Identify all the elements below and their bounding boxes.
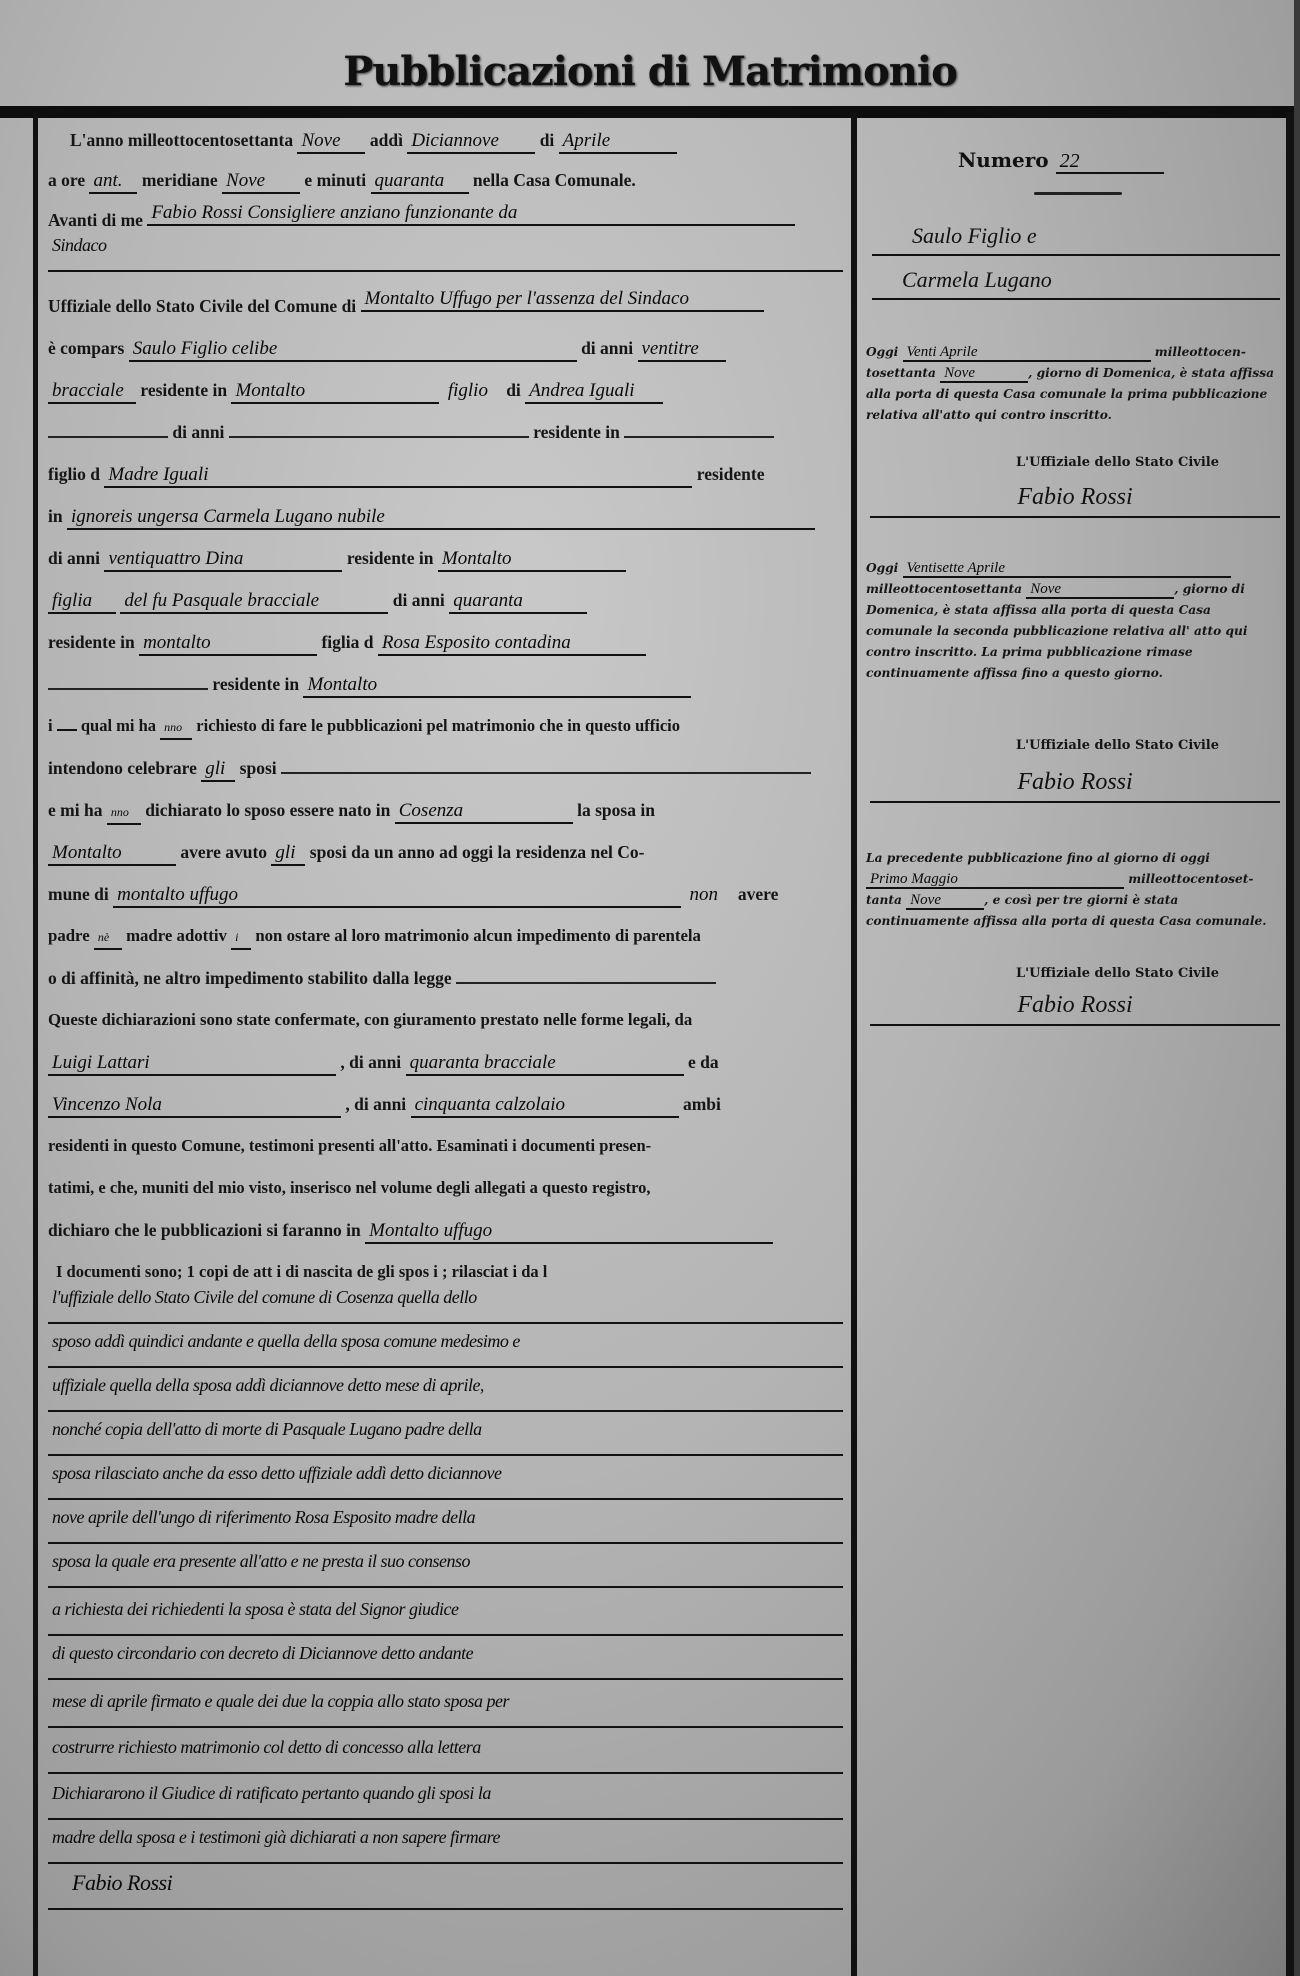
blank-field	[229, 418, 529, 438]
printed-text: i	[48, 716, 53, 735]
handwritten-date: Ventisette Aprile	[903, 560, 1231, 578]
handwritten-text: mese di aprile firmato e quale dei due l…	[48, 1684, 846, 1718]
act-line: L'anno milleottocentosettanta Nove addì …	[70, 120, 865, 160]
handwritten-text: l'uffiziale dello Stato Civile del comun…	[48, 1280, 846, 1314]
handwritten-year: Nove	[1026, 581, 1174, 599]
printed-text: residente	[697, 464, 765, 484]
handwritten-text: costrurre richiesto matrimonio col detto…	[48, 1730, 846, 1764]
handwritten-line: nove aprile dell'ungo di riferimento Ros…	[48, 1500, 843, 1544]
handwritten-text: sposa rilasciato anche da esso detto uff…	[48, 1456, 846, 1490]
handwritten-year: Nove	[297, 130, 365, 154]
printed-text: tatimi, e che, muniti del mio visto, ins…	[48, 1178, 651, 1197]
handwritten-residence: montalto	[139, 632, 317, 656]
printed-text: sposi	[240, 758, 277, 778]
printed-text: da un anno ad oggi la residenza nel Co-	[351, 842, 644, 862]
act-line: dichiaro che le pubblicazioni si faranno…	[48, 1210, 843, 1250]
blank-field	[624, 418, 774, 438]
printed-text: residente in	[48, 632, 135, 652]
handwritten-bride-father: del fu Pasquale bracciale	[120, 590, 388, 614]
right-border-rule	[1286, 112, 1294, 1976]
handwritten-residence: Montalto	[303, 674, 691, 698]
printed-text: La precedente pubblicazione fino al gior…	[866, 851, 1210, 865]
handwritten-text: Sindaco	[48, 228, 846, 262]
act-line: residente in Montalto	[48, 664, 843, 704]
printed-text: richiesto di fare le pubblicazioni pel m…	[196, 716, 680, 735]
printed-text: figlio d	[48, 464, 100, 484]
blank-field	[281, 754, 811, 774]
handwritten-mother: Madre Iguali	[104, 464, 692, 488]
handwritten-text: madre della sposa e i testimoni già dich…	[48, 1820, 846, 1854]
printed-text: residente in	[533, 422, 620, 442]
column-divider	[851, 112, 857, 1976]
handwritten-hour: Nove	[222, 170, 300, 194]
act-line: di anni ventiquattro Dina residente in M…	[48, 538, 843, 578]
handwritten-line: sposo addì quindici andante e quella del…	[48, 1324, 843, 1368]
signature-line: Fabio Rossi	[48, 1866, 843, 1910]
printed-text: figlia d	[321, 632, 373, 652]
printed-text: milleottocentosettanta	[866, 582, 1022, 596]
handwritten-comune: montalto uffugo	[113, 884, 681, 908]
handwritten-line: uffiziale quella della sposa addì dician…	[48, 1368, 843, 1412]
act-line: di anni residente in	[48, 412, 843, 452]
handwritten-bride-age: ventiquattro Dina	[104, 548, 342, 572]
printed-text: sposi	[310, 842, 347, 862]
handwritten-publication-place: Montalto uffugo	[365, 1220, 773, 1244]
printed-text: I documenti sono; 1	[56, 1262, 195, 1281]
printed-text: e mi ha	[48, 800, 102, 820]
page-title: Pubblicazioni di Matrimonio	[0, 48, 1300, 95]
numero-label: Numero	[958, 148, 1049, 172]
handwritten-text: figlia	[48, 590, 116, 614]
printed-text: non ostare al loro matrimonio alcun impe…	[255, 926, 701, 945]
handwritten-text: gli	[271, 842, 305, 866]
closing-note: La precedente pubblicazione fino al gior…	[866, 848, 1280, 932]
act-line: bracciale residente in Montalto figlio d…	[48, 370, 843, 410]
register-page: Pubblicazioni di Matrimonio L'anno mille…	[0, 0, 1300, 1976]
handwritten-text: non	[686, 884, 734, 906]
printed-text: mi ha	[116, 716, 156, 735]
official-title: L'Uffiziale dello Stato Civile	[1016, 966, 1219, 981]
printed-text: tosettanta	[866, 366, 936, 380]
act-line: intendono celebrare gli sposi	[48, 748, 843, 788]
handwritten-text: a richiesta dei richiedenti la sposa è s…	[48, 1592, 846, 1626]
handwritten-witness-2-age: cinquanta calzolaio	[411, 1094, 679, 1118]
act-line: in ignoreis ungersa Carmela Lugano nubil…	[48, 496, 843, 536]
printed-text: di	[540, 130, 555, 150]
handwritten-text: nno	[160, 716, 192, 740]
official-signature: Fabio Rossi	[870, 478, 1280, 518]
handwritten-text: gli	[201, 758, 235, 782]
act-line: Vincenzo Nola , di anni cinquanta calzol…	[48, 1084, 843, 1124]
printed-text: Oggi	[866, 561, 898, 575]
handwritten-line: nonché copia dell'atto di morte di Pasqu…	[48, 1412, 843, 1456]
printed-text: copi	[199, 1262, 228, 1281]
handwritten-year: Nove	[940, 365, 1028, 383]
printed-text: avere avuto	[180, 842, 267, 862]
printed-text: addì	[370, 130, 403, 150]
handwritten-day: Diciannove	[407, 130, 535, 154]
printed-text: e minuti	[304, 170, 366, 190]
printed-text: la sposa in	[577, 800, 655, 820]
handwritten-occupation: bracciale	[48, 380, 136, 404]
printed-text: di anni	[393, 590, 445, 610]
act-line: è compars Saulo Figlio celibe di anni ve…	[48, 328, 843, 368]
printed-text: di	[506, 380, 521, 400]
handwritten-text: uffiziale quella della sposa addì dician…	[48, 1368, 846, 1402]
act-line: residenti in questo Comune, testimoni pr…	[48, 1126, 843, 1166]
handwritten-line: sposa la quale era presente all'atto e n…	[48, 1544, 843, 1588]
officiant-signature: Fabio Rossi	[48, 1866, 866, 1900]
handwritten-groom-age: ventitre	[638, 338, 726, 362]
printed-text: dichiarato lo sposo essere nato in	[145, 800, 390, 820]
printed-text: i di nascita de gli spos i ; rilasciat i…	[276, 1262, 547, 1281]
handwritten-text: di questo circondario con decreto di Dic…	[48, 1636, 846, 1670]
handwritten-text: nno	[107, 801, 141, 825]
handwritten-bride-residence: Montalto	[438, 548, 626, 572]
printed-text: , di anni	[345, 1094, 406, 1114]
act-line: o di affinità, ne altro impedimento stab…	[48, 958, 843, 998]
printed-text: Oggi	[866, 345, 898, 359]
act-line: Uffiziale dello Stato Civile del Comune …	[48, 286, 843, 326]
act-line: padre nè madre adottiv i non ostare al l…	[48, 916, 843, 956]
handwritten-groom-birthplace: Cosenza	[395, 800, 573, 824]
handwritten-line: Dichiararono il Giudice di ratificato pe…	[48, 1776, 843, 1820]
act-line: Luigi Lattari , di anni quaranta braccia…	[48, 1042, 843, 1082]
printed-text: o di affinità, ne altro impedimento stab…	[48, 968, 452, 988]
printed-text: residente in	[347, 548, 434, 568]
handwritten-witness-1-age: quaranta bracciale	[406, 1052, 684, 1076]
printed-text: milleottocen-	[1155, 345, 1246, 359]
printed-text: residente in	[212, 674, 299, 694]
act-line: Queste dichiarazioni sono state conferma…	[48, 1000, 843, 1040]
handwritten-line: l'uffiziale dello Stato Civile del comun…	[48, 1280, 843, 1324]
printed-text: tanta	[866, 893, 902, 907]
handwritten-text: figlio	[444, 380, 502, 402]
act-line: mune di montalto uffugo non avere	[48, 874, 843, 914]
handwritten-year: Nove	[906, 892, 984, 910]
printed-text: Uffiziale dello Stato Civile del Comune …	[48, 296, 356, 316]
act-line: a ore ant. meridiane Nove e minuti quara…	[48, 160, 843, 200]
printed-text: de	[232, 1262, 249, 1281]
handwritten-text: ant.	[89, 170, 137, 194]
printed-text: , di anni	[340, 1052, 401, 1072]
printed-text: in	[48, 506, 63, 526]
printed-text: dichiaro che le pubblicazioni si faranno…	[48, 1220, 361, 1240]
handwritten-bride-birthplace: Montalto	[48, 842, 176, 866]
couple-name-line: Saulo Figlio e	[872, 216, 1280, 256]
printed-text: mune di	[48, 884, 109, 904]
printed-text: di anni	[581, 338, 633, 358]
handwritten-officiant: Fabio Rossi Consigliere anziano funziona…	[147, 202, 795, 226]
handwritten-date: Primo Maggio	[866, 871, 1124, 889]
printed-text: residenti in questo Comune, testimoni pr…	[48, 1136, 651, 1155]
printed-text: di anni	[48, 548, 100, 568]
act-line: e mi ha nno dichiarato lo sposo essere n…	[48, 790, 843, 830]
printed-text: a ore	[48, 170, 85, 190]
handwritten-text: sposo addì quindici andante e quella del…	[48, 1324, 846, 1358]
ornament-rule	[1034, 192, 1122, 195]
handwritten-line: sposa rilasciato anche da esso detto uff…	[48, 1456, 843, 1500]
handwritten-text: nove aprile dell'ungo di riferimento Ros…	[48, 1500, 846, 1534]
printed-text: Queste dichiarazioni sono state conferma…	[48, 1010, 692, 1029]
handwritten-line: di questo circondario con decreto di Dic…	[48, 1636, 843, 1680]
blank-field	[48, 670, 208, 690]
act-number: Numero 22	[958, 148, 1164, 174]
printed-text: meridiane	[142, 170, 218, 190]
handwritten-month: Aprile	[559, 130, 677, 154]
handwritten-line: a richiesta dei richiedenti la sposa è s…	[48, 1592, 843, 1636]
handwritten-bride-name: ignoreis ungersa Carmela Lugano nubile	[67, 506, 815, 530]
second-publication-note: Oggi Ventisette Aprile milleottocentoset…	[866, 558, 1280, 684]
handwritten-line: costrurre richiesto matrimonio col detto…	[48, 1730, 843, 1774]
act-line: Montalto avere avuto gli sposi da un ann…	[48, 832, 843, 872]
numero-value: 22	[1056, 150, 1164, 174]
printed-text: L'anno milleottocentosettanta	[70, 130, 293, 150]
printed-text: e da	[688, 1052, 719, 1072]
blank-field	[456, 964, 716, 984]
printed-text: nella Casa Comunale.	[473, 170, 636, 190]
blank-field	[48, 418, 168, 438]
act-line: residente in montalto figlia d Rosa Espo…	[48, 622, 843, 662]
first-publication-note: Oggi Venti Aprile milleottocen- tosettan…	[866, 342, 1280, 426]
act-line: figlio d Madre Iguali residente	[48, 454, 843, 494]
handwritten-text: Dichiararono il Giudice di ratificato pe…	[48, 1776, 846, 1810]
handwritten-text: nonché copia dell'atto di morte di Pasqu…	[48, 1412, 846, 1446]
handwritten-witness-1: Luigi Lattari	[48, 1052, 336, 1076]
printed-text: Avanti di me	[48, 210, 143, 230]
printed-text: qual	[81, 716, 112, 735]
printed-text: padre	[48, 926, 90, 945]
official-title: L'Uffiziale dello Stato Civile	[1016, 738, 1219, 753]
handwritten-age: quaranta	[449, 590, 587, 614]
header-rule	[0, 106, 1300, 118]
left-border-rule	[33, 112, 38, 1976]
printed-text: madre adottiv	[126, 926, 227, 945]
handwritten-minutes: quaranta	[371, 170, 469, 194]
couple-name-line: Carmela Lugano	[872, 260, 1280, 300]
printed-text: ambi	[683, 1094, 721, 1114]
handwritten-line: madre della sposa e i testimoni già dich…	[48, 1820, 843, 1864]
printed-text: intendono celebrare	[48, 758, 197, 778]
page-edge	[1294, 0, 1300, 1976]
act-line: Sindaco	[48, 228, 843, 272]
handwritten-bride-mother: Rosa Esposito contadina	[378, 632, 646, 656]
handwritten-date: Venti Aprile	[903, 344, 1151, 362]
handwritten-text: nè	[94, 926, 122, 950]
printed-text: att	[253, 1262, 272, 1281]
printed-text: residente in	[140, 380, 227, 400]
act-line: i qual mi ha nno richiesto di fare le pu…	[48, 706, 843, 746]
act-line: tatimi, e che, muniti del mio visto, ins…	[48, 1168, 843, 1208]
handwritten-text: i	[231, 926, 251, 950]
handwritten-groom-name: Saulo Figlio celibe	[129, 338, 577, 362]
official-signature: Fabio Rossi	[870, 763, 1280, 803]
printed-text: milleottocentoset-	[1128, 872, 1253, 886]
official-signature: Fabio Rossi	[870, 986, 1280, 1026]
handwritten-residence: Montalto	[231, 380, 439, 404]
handwritten-father: Andrea Iguali	[525, 380, 663, 404]
handwritten-witness-2: Vincenzo Nola	[48, 1094, 341, 1118]
act-line: figlia del fu Pasquale bracciale di anni…	[48, 580, 843, 620]
printed-text: è compars	[48, 338, 124, 358]
handwritten-comune: Montalto Uffugo per l'assenza del Sindac…	[361, 288, 764, 312]
printed-text: avere	[738, 884, 779, 904]
handwritten-text: sposa la quale era presente all'atto e n…	[48, 1544, 846, 1578]
official-title: L'Uffiziale dello Stato Civile	[1016, 455, 1219, 470]
printed-text: di anni	[172, 422, 224, 442]
handwritten-line: mese di aprile firmato e quale dei due l…	[48, 1684, 843, 1728]
